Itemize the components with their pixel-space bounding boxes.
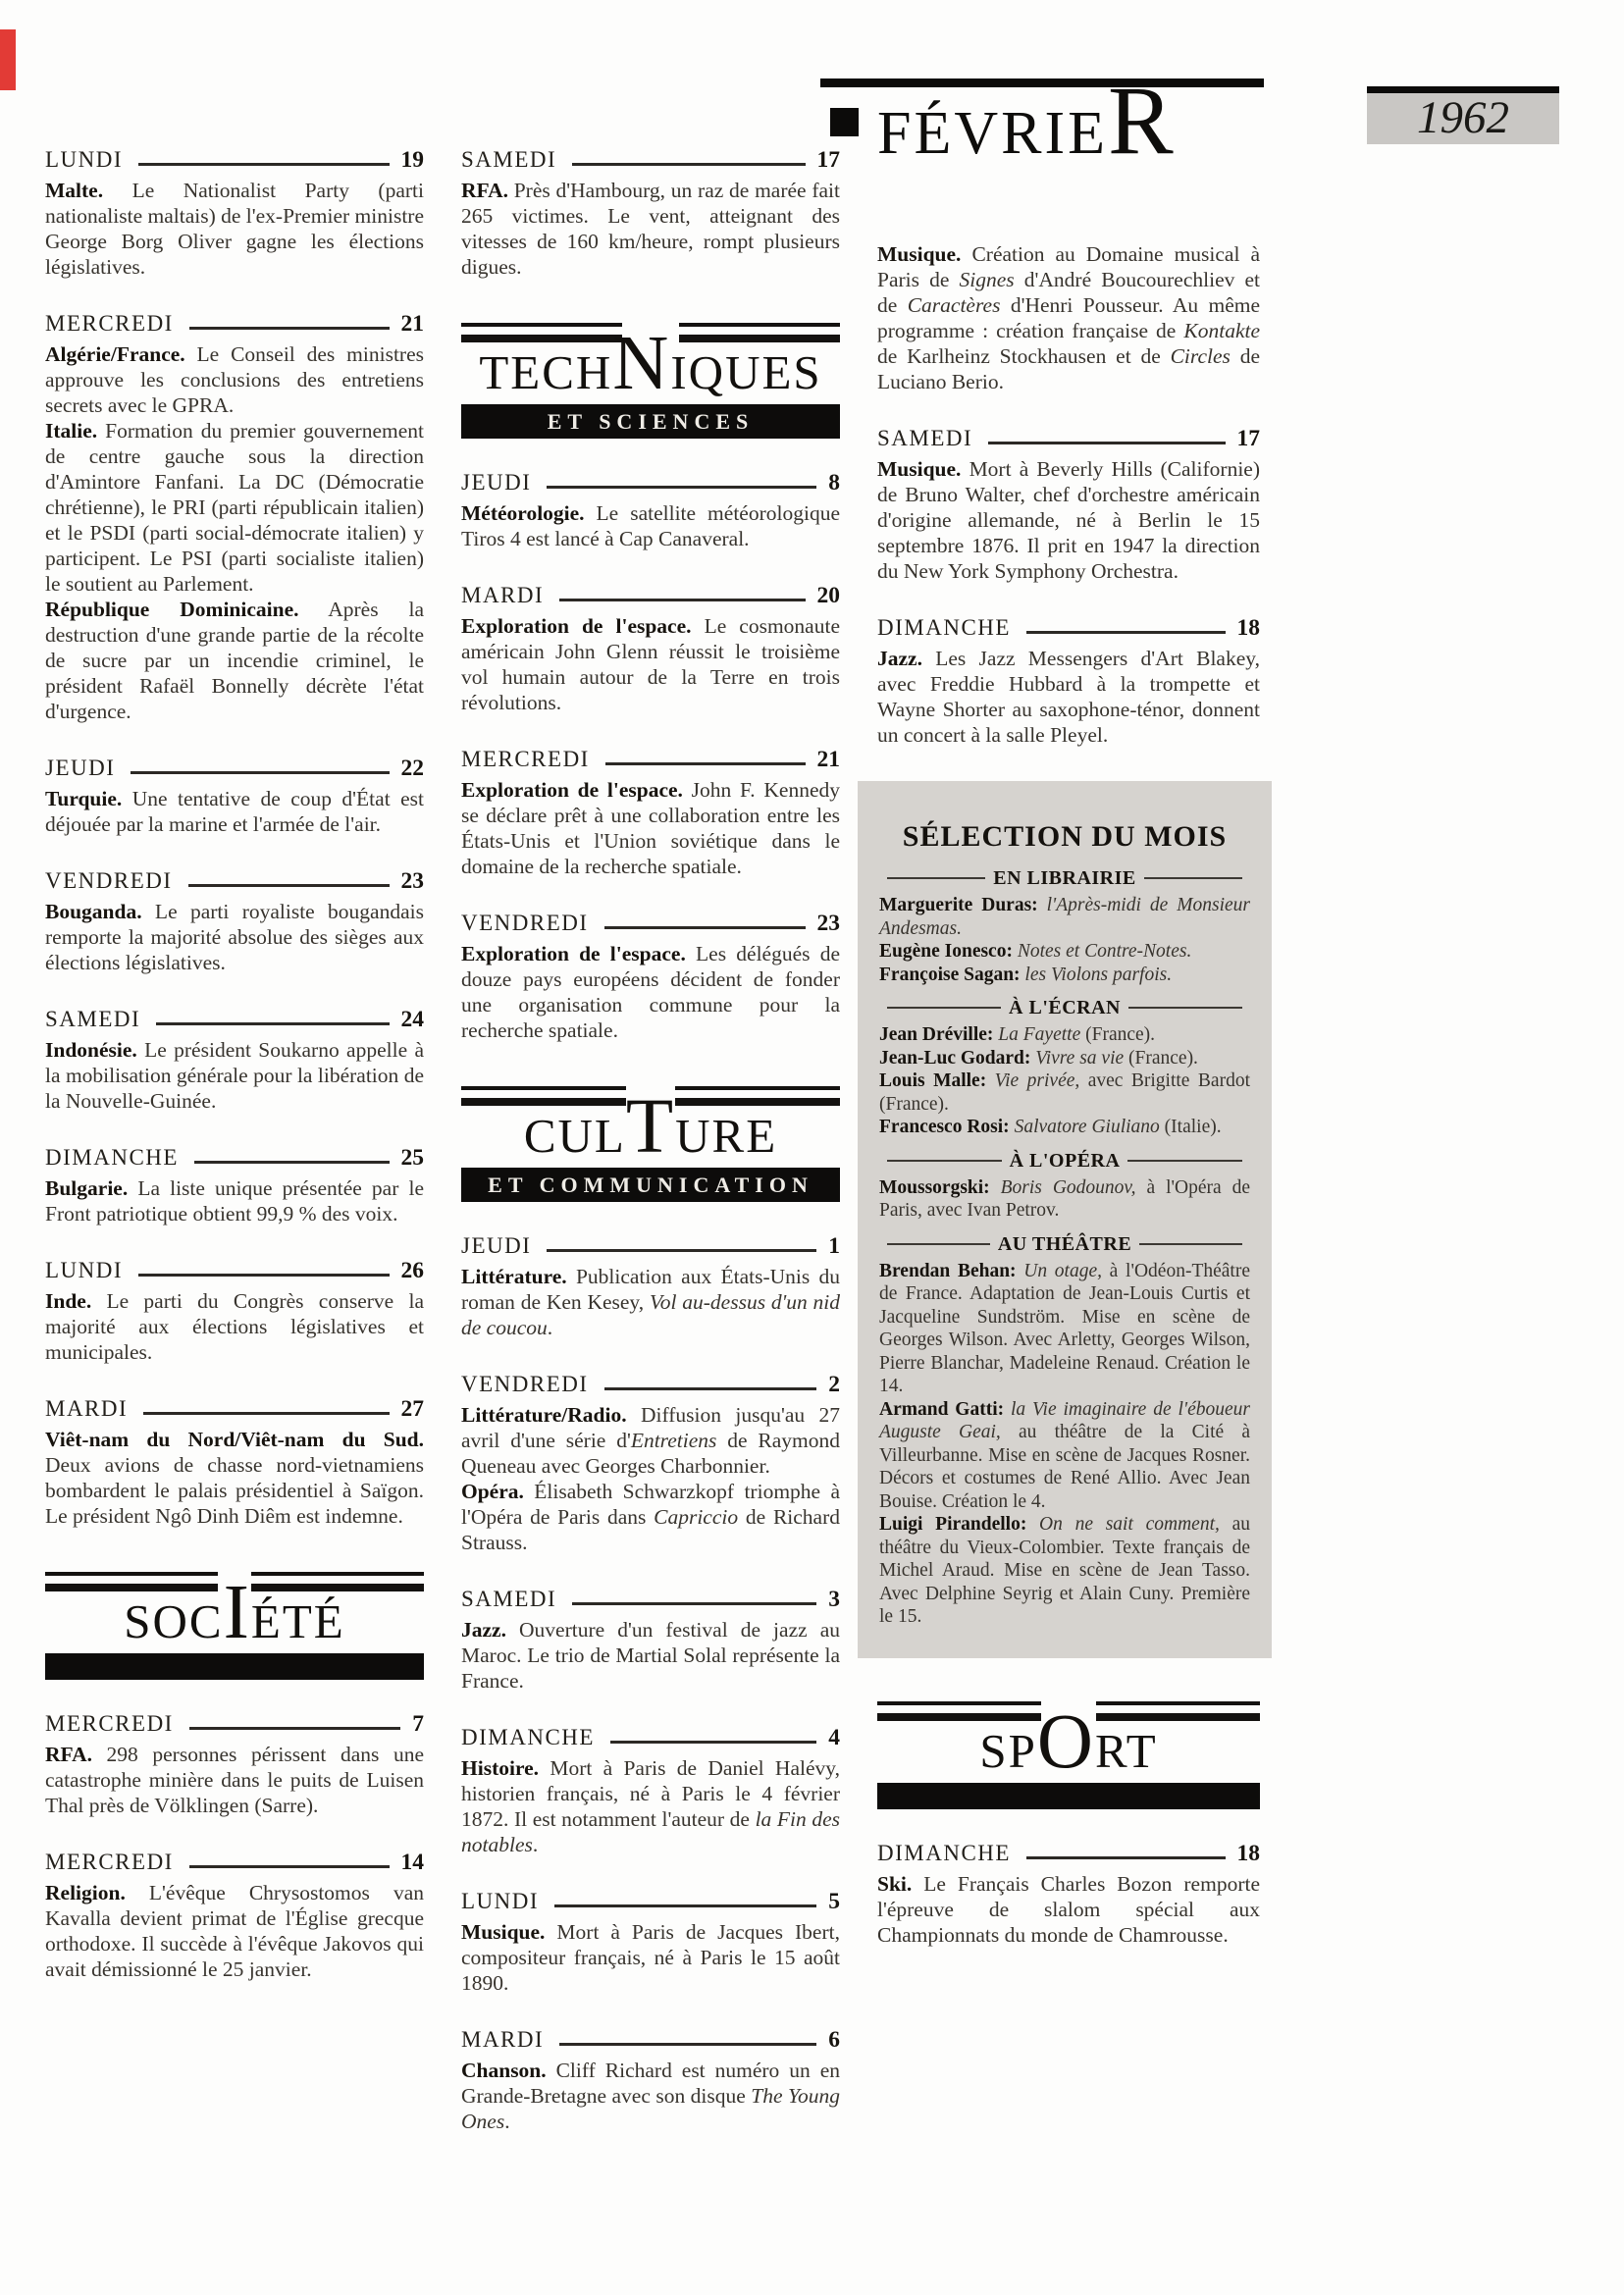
entry-head: SAMEDI24 xyxy=(45,1007,424,1032)
entry-paragraph: Italie. Formation du premier gouvernemen… xyxy=(45,418,424,597)
text-segment: de Karlheinz Stockhausen et de xyxy=(877,344,1171,368)
section-header-societe: SOCIÉTÉ xyxy=(45,1572,424,1680)
entry-day-label: LUNDI xyxy=(45,147,123,173)
entry-paragraph: Indonésie. Le président Soukarno appelle… xyxy=(45,1037,424,1114)
entry-day-label: MERCREDI xyxy=(45,1711,174,1737)
topic-lead: Littérature/Radio. xyxy=(461,1403,627,1427)
head-rule xyxy=(887,1007,1001,1009)
entry-rule xyxy=(559,2043,816,2046)
entry-head: MARDI6 xyxy=(461,2027,840,2053)
selection-group-label: À L'OPÉRA xyxy=(1010,1148,1121,1174)
topic-lead: Religion. xyxy=(45,1881,126,1904)
text-segment: Signes xyxy=(960,268,1015,291)
entry-paragraph: RFA. 298 personnes périssent dans une ca… xyxy=(45,1742,424,1818)
continued-paragraph: Musique. Création au Domaine musical à P… xyxy=(877,241,1260,394)
topic-lead: Jazz. xyxy=(461,1618,506,1642)
title-big-letter: I xyxy=(224,1570,251,1655)
entry-rule xyxy=(605,762,806,765)
entry-day-label: MERCREDI xyxy=(461,747,590,772)
entry-paragraph: Ski. Le Français Charles Bozon remporte … xyxy=(877,1871,1260,1948)
text-segment: Les Jazz Messengers d'Art Blakey, avec F… xyxy=(877,647,1260,747)
topic-lead: Italie. xyxy=(45,419,97,443)
entry-vendredi-23: VENDREDI23Exploration de l'espace. Les d… xyxy=(461,911,840,1043)
text-segment: 298 personnes périssent dans une catastr… xyxy=(45,1743,424,1817)
topic-lead: Histoire. xyxy=(461,1756,539,1780)
entry-day-label: DIMANCHE xyxy=(461,1725,595,1750)
header-top-rule xyxy=(820,78,1264,87)
entry-rule xyxy=(189,1865,390,1868)
text-segment: Deux avions de chasse nord-vietnamiens b… xyxy=(45,1453,424,1528)
section-subtitle-bar xyxy=(877,1783,1260,1809)
title-text: SP xyxy=(979,1724,1037,1778)
title-text: ÉTÉ xyxy=(251,1594,345,1648)
entry-paragraph: Musique. Mort à Beverly Hills (Californi… xyxy=(877,456,1260,584)
entry-paragraph: Exploration de l'espace. Les délégués de… xyxy=(461,941,840,1043)
section-title: SPORT xyxy=(877,1714,1260,1780)
entry-head: VENDREDI23 xyxy=(461,911,840,936)
entry-head: LUNDI26 xyxy=(45,1258,424,1283)
title-text: IQUES xyxy=(670,345,821,399)
month-header: FÉVRIER xyxy=(820,78,1264,157)
black-square-bullet xyxy=(830,108,859,136)
entry-paragraph: Turquie. Une tentative de coup d'État es… xyxy=(45,786,424,837)
entry-day-number: 17 xyxy=(817,147,841,173)
entry-mercredi-21: MERCREDI21Algérie/France. Le Conseil des… xyxy=(45,311,424,724)
topic-lead: Francesco Rosi: xyxy=(879,1117,1010,1137)
entry-head: DIMANCHE18 xyxy=(877,1841,1260,1866)
entry-rule xyxy=(138,163,389,166)
column-right: Musique. Création au Domaine musical à P… xyxy=(877,241,1260,1948)
entry-day-label: DIMANCHE xyxy=(877,1841,1011,1866)
entry-paragraph: Jazz. Les Jazz Messengers d'Art Blakey, … xyxy=(877,646,1260,748)
topic-lead: Météorologie. xyxy=(461,501,585,525)
entry-day-number: 23 xyxy=(401,868,425,894)
entry-day-label: DIMANCHE xyxy=(45,1145,179,1171)
entry-mercredi-21: MERCREDI21Exploration de l'espace. John … xyxy=(461,747,840,879)
entry-mardi-20: MARDI20Exploration de l'espace. Le cosmo… xyxy=(461,583,840,715)
selection-title: SÉLECTION DU MOIS xyxy=(879,824,1250,850)
selection-item: Moussorgski: Boris Godounov, à l'Opéra d… xyxy=(879,1176,1250,1223)
entry-rule xyxy=(138,1274,389,1277)
text-segment: Ouverture d'un festival de jazz au Maroc… xyxy=(461,1618,840,1693)
entry-day-label: SAMEDI xyxy=(877,426,972,451)
selection-group-head: EN LIBRAIRIE xyxy=(879,865,1250,891)
topic-lead: Bouganda. xyxy=(45,900,142,923)
entry-day-label: VENDREDI xyxy=(45,868,173,894)
entry-day-number: 5 xyxy=(828,1889,840,1914)
text-segment: La Fayette xyxy=(993,1024,1080,1045)
entry-head: SAMEDI17 xyxy=(877,426,1260,451)
section-header-sport: SPORT xyxy=(877,1701,1260,1809)
entry-day-number: 2 xyxy=(828,1372,840,1397)
entry-head: DIMANCHE18 xyxy=(877,615,1260,641)
title-big-letter: O xyxy=(1037,1699,1095,1785)
topic-lead: Exploration de l'espace. xyxy=(461,614,692,638)
entry-day-number: 14 xyxy=(401,1850,425,1875)
selection-group-label: AU THÉÂTRE xyxy=(998,1231,1131,1257)
text-segment: Un otage, xyxy=(1017,1261,1102,1281)
entry-day-number: 21 xyxy=(817,747,841,772)
section-subtitle-bar xyxy=(45,1653,424,1680)
topic-lead: RFA. xyxy=(45,1743,92,1766)
entry-day-label: MERCREDI xyxy=(45,1850,174,1875)
entry-rule xyxy=(156,1022,389,1025)
entry-day-label: SAMEDI xyxy=(45,1007,140,1032)
selection-item: Armand Gatti: la Vie imaginaire de l'ébo… xyxy=(879,1398,1250,1514)
topic-lead: Jean-Luc Godard: xyxy=(879,1048,1030,1069)
month-last-letter: R xyxy=(1108,66,1174,175)
entry-day-number: 6 xyxy=(828,2027,840,2053)
entry-rule xyxy=(189,327,390,330)
selection-box: SÉLECTION DU MOISEN LIBRAIRIEMarguerite … xyxy=(858,781,1272,1658)
entry-samedi-17: SAMEDI17RFA. Près d'Hambourg, un raz de … xyxy=(461,147,840,280)
entry-paragraph: Littérature/Radio. Diffusion jusqu'au 27… xyxy=(461,1402,840,1479)
section-subtitle-bar: ET COMMUNICATION xyxy=(461,1168,840,1202)
red-edge-mark xyxy=(0,29,16,90)
entry-day-label: LUNDI xyxy=(461,1889,539,1914)
topic-lead: Viêt-nam du Nord/Viêt-nam du Sud. xyxy=(45,1428,424,1451)
selection-item: Brendan Behan: Un otage, à l'Odéon-Théât… xyxy=(879,1260,1250,1398)
entry-rule xyxy=(547,486,816,489)
entry-head: VENDREDI2 xyxy=(461,1372,840,1397)
entry-day-number: 7 xyxy=(412,1711,424,1737)
entry-day-number: 1 xyxy=(828,1233,840,1259)
entry-day-number: 27 xyxy=(401,1396,425,1422)
entry-day-number: 18 xyxy=(1237,615,1261,641)
entry-paragraph: Exploration de l'espace. Le cosmonaute a… xyxy=(461,613,840,715)
entry-day-number: 8 xyxy=(828,470,840,496)
entry-day-number: 23 xyxy=(817,911,841,936)
entry-rule xyxy=(547,1249,816,1252)
entry-day-label: JEUDI xyxy=(461,1233,531,1259)
entry-rule xyxy=(988,442,1225,444)
entry-day-label: MARDI xyxy=(45,1396,128,1422)
text-segment: Formation du premier gouvernement de cen… xyxy=(45,419,424,596)
text-segment: Le Français Charles Bozon remporte l'épr… xyxy=(877,1872,1260,1947)
title-text: RT xyxy=(1095,1724,1158,1778)
topic-lead: Exploration de l'espace. xyxy=(461,778,683,802)
year-badge: 1962 xyxy=(1367,86,1559,144)
topic-lead: Opéra. xyxy=(461,1480,524,1503)
title-text: SOC xyxy=(124,1594,223,1648)
entry-day-number: 21 xyxy=(401,311,425,337)
topic-lead: Françoise Sagan: xyxy=(879,965,1021,985)
entry-rule xyxy=(604,926,806,929)
entry-day-number: 18 xyxy=(1237,1841,1261,1866)
entry-paragraph: Musique. Création au Domaine musical à P… xyxy=(877,241,1260,394)
entry-head: MERCREDI21 xyxy=(461,747,840,772)
entry-head: DIMANCHE4 xyxy=(461,1725,840,1750)
text-segment: Salvatore Giuliano xyxy=(1010,1117,1160,1137)
entry-mercredi-7: MERCREDI7RFA. 298 personnes périssent da… xyxy=(45,1711,424,1818)
entry-paragraph: Inde. Le parti du Congrès conserve la ma… xyxy=(45,1288,424,1365)
head-rule xyxy=(887,1243,990,1245)
entry-day-label: LUNDI xyxy=(45,1258,123,1283)
entry-day-label: SAMEDI xyxy=(461,1587,556,1612)
entry-dimanche-4: DIMANCHE4Histoire. Mort à Paris de Danie… xyxy=(461,1725,840,1857)
topic-lead: Exploration de l'espace. xyxy=(461,942,686,965)
topic-lead: Malte. xyxy=(45,179,103,202)
entry-dimanche-18: DIMANCHE18Ski. Le Français Charles Bozon… xyxy=(877,1841,1260,1948)
entry-mercredi-14: MERCREDI14Religion. L'évêque Chrysostomo… xyxy=(45,1850,424,1982)
topic-lead: Eugène Ionesco: xyxy=(879,941,1013,962)
topic-lead: Marguerite Duras: xyxy=(879,895,1038,915)
entry-day-number: 3 xyxy=(828,1587,840,1612)
section-title: CULTURE xyxy=(461,1099,840,1165)
year-text: 1962 xyxy=(1367,93,1559,144)
entry-paragraph: Jazz. Ouverture d'un festival de jazz au… xyxy=(461,1617,840,1694)
selection-group-label: À L'ÉCRAN xyxy=(1009,995,1121,1020)
entry-jeudi-8: JEUDI8Météorologie. Le satellite météoro… xyxy=(461,470,840,551)
entry-head: SAMEDI17 xyxy=(461,147,840,173)
entry-rule xyxy=(143,1412,389,1415)
entry-samedi-24: SAMEDI24Indonésie. Le président Soukarno… xyxy=(45,1007,424,1114)
entry-rule xyxy=(188,884,390,887)
entry-head: JEUDI22 xyxy=(45,756,424,781)
month-text: FÉVRIE xyxy=(877,100,1108,167)
column-left: LUNDI19Malte. Le Nationalist Party (part… xyxy=(45,147,424,1982)
selection-group-head: À L'ÉCRAN xyxy=(879,995,1250,1020)
entry-head: MARDI20 xyxy=(461,583,840,608)
entry-head: MERCREDI14 xyxy=(45,1850,424,1875)
entry-rule xyxy=(189,1727,400,1730)
entry-mardi-27: MARDI27Viêt-nam du Nord/Viêt-nam du Sud.… xyxy=(45,1396,424,1529)
entry-rule xyxy=(604,1387,817,1390)
topic-lead: Musique. xyxy=(877,242,961,266)
entry-head: JEUDI8 xyxy=(461,470,840,496)
entry-rule xyxy=(194,1161,390,1164)
section-title: TECHNIQUES xyxy=(461,336,840,401)
selection-item: Louis Malle: Vie privée, avec Brigitte B… xyxy=(879,1069,1250,1116)
topic-lead: Musique. xyxy=(461,1920,545,1944)
entry-jeudi-1: JEUDI1Littérature. Publication aux États… xyxy=(461,1233,840,1340)
entry-day-number: 19 xyxy=(401,147,425,173)
entry-paragraph: Malte. Le Nationalist Party (parti natio… xyxy=(45,178,424,280)
title-big-letter: T xyxy=(626,1084,675,1170)
text-segment: Boris Godounov, xyxy=(990,1177,1136,1198)
entry-day-label: SAMEDI xyxy=(461,147,556,173)
topic-lead: Moussorgski: xyxy=(879,1177,990,1198)
entry-paragraph: Littérature. Publication aux États-Unis … xyxy=(461,1264,840,1340)
text-segment: . xyxy=(548,1316,552,1339)
entry-rule xyxy=(610,1741,816,1744)
entry-paragraph: Religion. L'évêque Chrysostomos van Kava… xyxy=(45,1880,424,1982)
topic-lead: Ski. xyxy=(877,1872,912,1896)
entry-head: JEUDI1 xyxy=(461,1233,840,1259)
entry-head: MERCREDI7 xyxy=(45,1711,424,1737)
topic-lead: Indonésie. xyxy=(45,1038,137,1062)
topic-lead: Musique. xyxy=(877,457,961,481)
entry-day-label: VENDREDI xyxy=(461,1372,589,1397)
selection-group-head: AU THÉÂTRE xyxy=(879,1231,1250,1257)
topic-lead: RFA. xyxy=(461,179,508,202)
entry-vendredi-23: VENDREDI23Bouganda. Le parti royaliste b… xyxy=(45,868,424,975)
entry-day-label: MARDI xyxy=(461,2027,544,2053)
selection-item: Francesco Rosi: Salvatore Giuliano (Ital… xyxy=(879,1116,1250,1139)
entry-day-label: DIMANCHE xyxy=(877,615,1011,641)
entry-paragraph: République Dominicaine. Après la destruc… xyxy=(45,597,424,724)
entry-paragraph: Histoire. Mort à Paris de Daniel Halévy,… xyxy=(461,1755,840,1857)
selection-item: Jean-Luc Godard: Vivre sa vie (France). xyxy=(879,1047,1250,1070)
entry-day-number: 25 xyxy=(401,1145,425,1171)
entry-day-number: 26 xyxy=(401,1258,425,1283)
entry-paragraph: Météorologie. Le satellite météorologiqu… xyxy=(461,500,840,551)
topic-lead: Inde. xyxy=(45,1289,91,1313)
entry-samedi-3: SAMEDI3Jazz. Ouverture d'un festival de … xyxy=(461,1587,840,1694)
topic-lead: Luigi Pirandello: xyxy=(879,1514,1026,1535)
topic-lead: Turquie. xyxy=(45,787,122,810)
entry-jeudi-22: JEUDI22Turquie. Une tentative de coup d'… xyxy=(45,756,424,837)
title-big-letter: N xyxy=(612,321,670,406)
page-header: FÉVRIER 1962 xyxy=(820,78,1558,157)
entry-paragraph: Algérie/France. Le Conseil des ministres… xyxy=(45,341,424,418)
section-header-culture: CULTUREET COMMUNICATION xyxy=(461,1086,840,1202)
topic-lead: Littérature. xyxy=(461,1265,567,1288)
entry-day-number: 17 xyxy=(1237,426,1261,451)
text-segment: Vie privée, xyxy=(986,1070,1079,1091)
head-rule xyxy=(887,1160,1002,1162)
topic-lead: Algérie/France. xyxy=(45,342,185,366)
entry-day-number: 4 xyxy=(828,1725,840,1750)
text-segment: (Italie). xyxy=(1160,1117,1222,1137)
topic-lead: Bulgarie. xyxy=(45,1176,128,1200)
entry-paragraph: Bouganda. Le parti royaliste bougandais … xyxy=(45,899,424,975)
entry-head: SAMEDI3 xyxy=(461,1587,840,1612)
text-segment: Le parti du Congrès conserve la majorité… xyxy=(45,1289,424,1364)
entry-rule xyxy=(131,771,389,774)
entry-day-label: JEUDI xyxy=(461,470,531,496)
selection-item: Eugène Ionesco: Notes et Contre-Notes. xyxy=(879,940,1250,964)
entry-samedi-17: SAMEDI17Musique. Mort à Beverly Hills (C… xyxy=(877,426,1260,584)
entry-lundi-5: LUNDI5Musique. Mort à Paris de Jacques I… xyxy=(461,1889,840,1996)
entry-day-label: JEUDI xyxy=(45,756,115,781)
head-rule xyxy=(1128,1007,1242,1009)
entry-head: LUNDI19 xyxy=(45,147,424,173)
selection-item: Luigi Pirandello: On ne sait comment, au… xyxy=(879,1513,1250,1629)
text-segment: Caractères xyxy=(908,293,1001,317)
text-segment: Circles xyxy=(1171,344,1231,368)
entry-day-number: 22 xyxy=(401,756,425,781)
text-segment: Entretiens xyxy=(631,1429,717,1452)
entry-mardi-6: MARDI6Chanson. Cliff Richard est numéro … xyxy=(461,2027,840,2134)
topic-lead: Armand Gatti: xyxy=(879,1399,1004,1420)
column-middle: SAMEDI17RFA. Près d'Hambourg, un raz de … xyxy=(461,147,840,2134)
entry-lundi-19: LUNDI19Malte. Le Nationalist Party (part… xyxy=(45,147,424,280)
text-segment: Notes et Contre-Notes. xyxy=(1013,941,1191,962)
entry-vendredi-2: VENDREDI2Littérature/Radio. Diffusion ju… xyxy=(461,1372,840,1555)
entry-rule xyxy=(1026,1856,1226,1859)
entry-head: VENDREDI23 xyxy=(45,868,424,894)
selection-group-label: EN LIBRAIRIE xyxy=(993,865,1135,891)
entry-dimanche-25: DIMANCHE25Bulgarie. La liste unique prés… xyxy=(45,1145,424,1226)
title-text: TECH xyxy=(479,345,612,399)
text-segment: On ne sait comment, xyxy=(1026,1514,1220,1535)
entry-paragraph: Opéra. Élisabeth Schwarzkopf triomphe à … xyxy=(461,1479,840,1555)
topic-lead: Brendan Behan: xyxy=(879,1261,1017,1281)
entry-paragraph: Exploration de l'espace. John F. Kennedy… xyxy=(461,777,840,879)
entry-rule xyxy=(554,1904,816,1907)
entry-rule xyxy=(572,1602,816,1605)
text-segment: les Violons parfois. xyxy=(1021,965,1173,985)
text-segment: (France). xyxy=(1124,1048,1198,1069)
topic-lead: Louis Malle: xyxy=(879,1070,986,1091)
text-segment: Vivre sa vie xyxy=(1030,1048,1124,1069)
entry-paragraph: RFA. Près d'Hambourg, un raz de marée fa… xyxy=(461,178,840,280)
entry-day-label: VENDREDI xyxy=(461,911,589,936)
text-segment: . xyxy=(533,1833,538,1856)
text-segment: Près d'Hambourg, un raz de marée fait 26… xyxy=(461,179,840,279)
entry-day-number: 24 xyxy=(401,1007,425,1032)
scanned-almanac-page: FÉVRIER 1962 LUNDI19Malte. Le Nationalis… xyxy=(0,0,1624,2295)
topic-lead: Jean Dréville: xyxy=(879,1024,993,1045)
topic-lead: Jazz. xyxy=(877,647,922,670)
entry-dimanche-18: DIMANCHE18Jazz. Les Jazz Messengers d'Ar… xyxy=(877,615,1260,748)
entry-paragraph: Musique. Mort à Paris de Jacques Ibert, … xyxy=(461,1919,840,1996)
head-rule xyxy=(1144,877,1242,879)
head-rule xyxy=(1127,1160,1242,1162)
entry-rule xyxy=(559,599,805,601)
entry-paragraph: Chanson. Cliff Richard est numéro un en … xyxy=(461,2058,840,2134)
entry-paragraph: Bulgarie. La liste unique présentée par … xyxy=(45,1175,424,1226)
entry-day-number: 20 xyxy=(817,583,841,608)
entry-day-label: MERCREDI xyxy=(45,311,174,337)
entry-day-label: MARDI xyxy=(461,583,544,608)
topic-lead: République Dominicaine. xyxy=(45,598,299,621)
selection-item: Marguerite Duras: l'Après-midi de Monsie… xyxy=(879,894,1250,940)
entry-head: MERCREDI21 xyxy=(45,311,424,337)
title-text: CUL xyxy=(524,1109,626,1163)
text-segment: Capriccio xyxy=(654,1505,738,1529)
text-segment: (France). xyxy=(1080,1024,1155,1045)
entry-head: MARDI27 xyxy=(45,1396,424,1422)
entry-rule xyxy=(1026,631,1226,634)
head-rule xyxy=(1139,1243,1242,1245)
selection-item: Françoise Sagan: les Violons parfois. xyxy=(879,964,1250,987)
entry-lundi-26: LUNDI26Inde. Le parti du Congrès conserv… xyxy=(45,1258,424,1365)
entry-paragraph: Viêt-nam du Nord/Viêt-nam du Sud. Deux a… xyxy=(45,1427,424,1529)
topic-lead: Chanson. xyxy=(461,2059,547,2082)
entry-head: DIMANCHE25 xyxy=(45,1145,424,1171)
head-rule xyxy=(887,877,985,879)
text-segment: Kontakte xyxy=(1183,319,1260,342)
section-title: SOCIÉTÉ xyxy=(45,1585,424,1650)
section-subtitle-bar: ET SCIENCES xyxy=(461,404,840,439)
selection-group-head: À L'OPÉRA xyxy=(879,1148,1250,1174)
entry-head: LUNDI5 xyxy=(461,1889,840,1914)
entry-rule xyxy=(572,163,805,166)
title-text: URE xyxy=(675,1109,777,1163)
section-header-techniques: TECHNIQUESET SCIENCES xyxy=(461,323,840,439)
selection-item: Jean Dréville: La Fayette (France). xyxy=(879,1023,1250,1047)
text-segment: . xyxy=(504,2110,509,2133)
month-title: FÉVRIER xyxy=(877,90,1174,164)
